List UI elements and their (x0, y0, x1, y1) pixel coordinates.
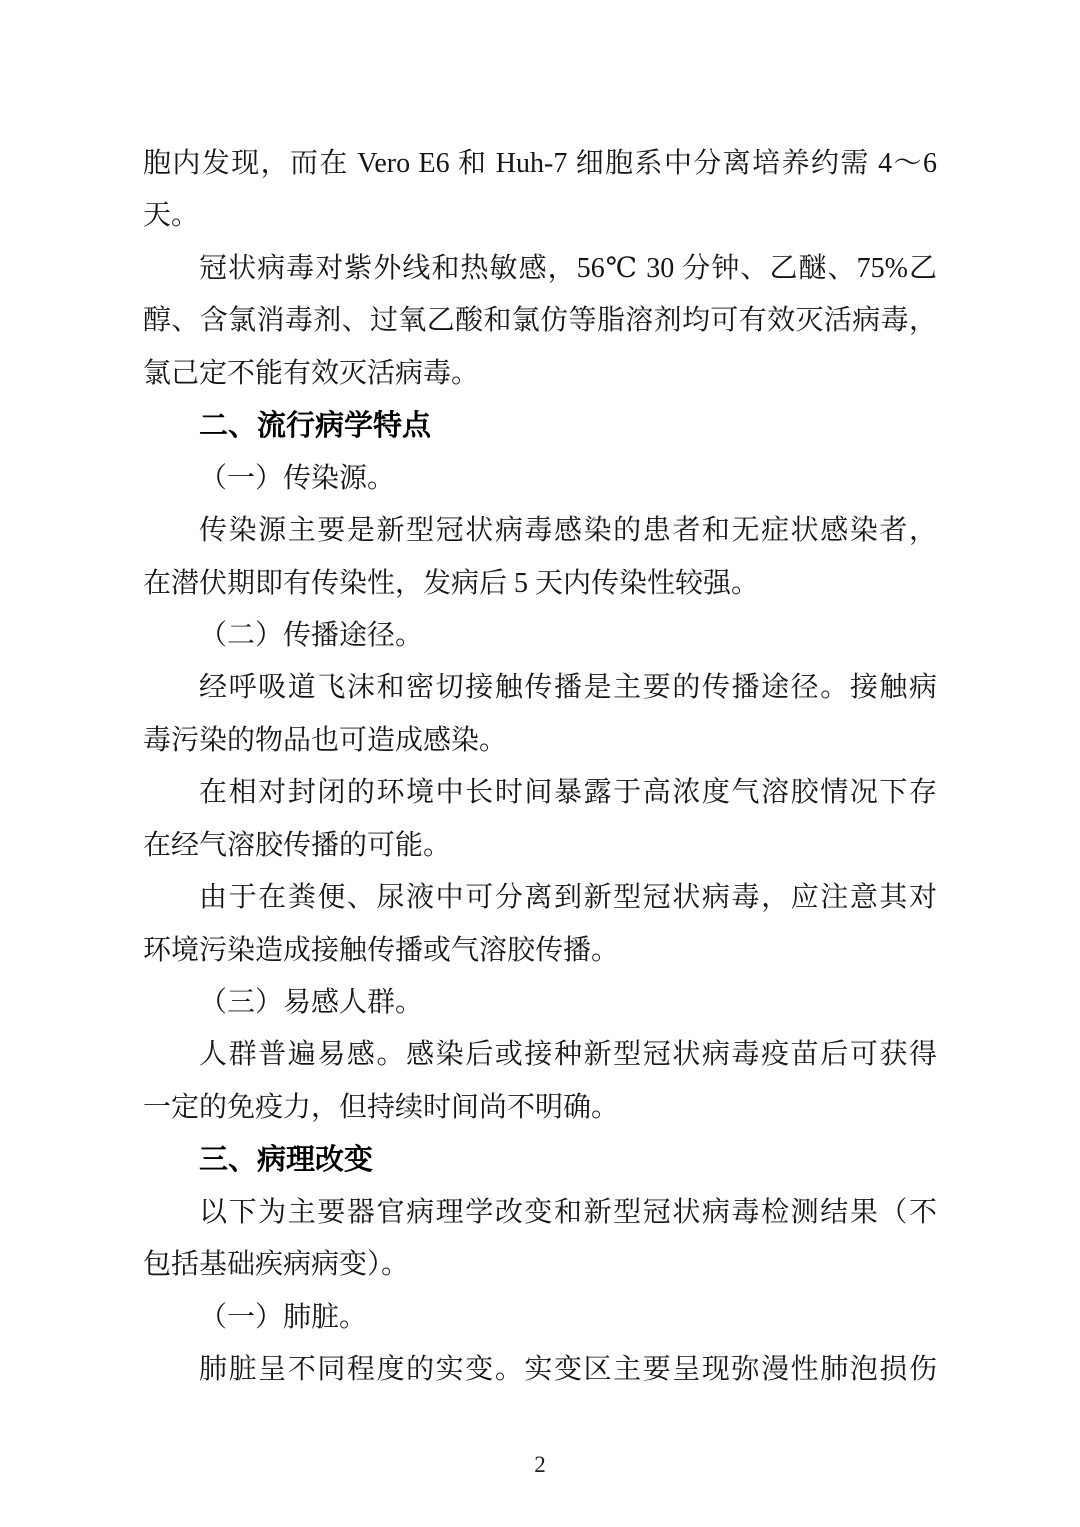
page-number: 2 (0, 1452, 1080, 1478)
paragraph-pathology-intro-line-2: 包括基础疾病病变）。 (143, 1239, 937, 1291)
paragraph-pathology-intro-line-1: 以下为主要器官病理学改变和新型冠状病毒检测结果（不 (143, 1187, 937, 1239)
section-heading-epidemiology: 二、流行病学特点 (143, 400, 937, 452)
section-heading-pathology: 三、病理改变 (143, 1134, 937, 1186)
paragraph-aerosol-line-2: 在经气溶胶传播的可能。 (143, 820, 937, 872)
document-text-block: 胞内发现，而在 Vero E6 和 Huh-7 细胞系中分离培养约需 4～6 天… (143, 138, 937, 1397)
paragraph-transmission-line-2: 毒污染的物品也可造成感染。 (143, 715, 937, 767)
document-page: 胞内发现，而在 Vero E6 和 Huh-7 细胞系中分离培养约需 4～6 天… (0, 0, 1080, 1527)
paragraph-susceptible-line-2: 一定的免疫力，但持续时间尚不明确。 (143, 1082, 937, 1134)
paragraph-transmission-line-1: 经呼吸道飞沫和密切接触传播是主要的传播途径。接触病 (143, 662, 937, 714)
subsection-heading-lung: （一）肺脏。 (143, 1292, 937, 1344)
subsection-heading-infection-source: （一）传染源。 (143, 453, 937, 505)
paragraph-virus-resistance-line-3: 氯己定不能有效灭活病毒。 (143, 348, 937, 400)
paragraph-feces-urine-line-1: 由于在粪便、尿液中可分离到新型冠状病毒，应注意其对 (143, 872, 937, 924)
paragraph-aerosol-line-1: 在相对封闭的环境中长时间暴露于高浓度气溶胶情况下存 (143, 767, 937, 819)
paragraph-feces-urine-line-2: 环境污染造成接触传播或气溶胶传播。 (143, 925, 937, 977)
text-line-continuation-1: 胞内发现，而在 Vero E6 和 Huh-7 细胞系中分离培养约需 4～6 (143, 138, 937, 190)
subsection-heading-transmission: （二）传播途径。 (143, 610, 937, 662)
paragraph-virus-resistance-line-2: 醇、含氯消毒剂、过氧乙酸和氯仿等脂溶剂均可有效灭活病毒， (143, 295, 937, 347)
paragraph-infection-source-line-1: 传染源主要是新型冠状病毒感染的患者和无症状感染者， (143, 505, 937, 557)
paragraph-infection-source-line-2: 在潜伏期即有传染性，发病后 5 天内传染性较强。 (143, 558, 937, 610)
paragraph-susceptible-line-1: 人群普遍易感。感染后或接种新型冠状病毒疫苗后可获得 (143, 1029, 937, 1081)
paragraph-lung-line-1: 肺脏呈不同程度的实变。实变区主要呈现弥漫性肺泡损伤 (143, 1344, 937, 1396)
text-line-continuation-2: 天。 (143, 190, 937, 242)
subsection-heading-susceptible: （三）易感人群。 (143, 977, 937, 1029)
paragraph-virus-resistance-line-1: 冠状病毒对紫外线和热敏感，56℃ 30 分钟、乙醚、75%乙 (143, 243, 937, 295)
